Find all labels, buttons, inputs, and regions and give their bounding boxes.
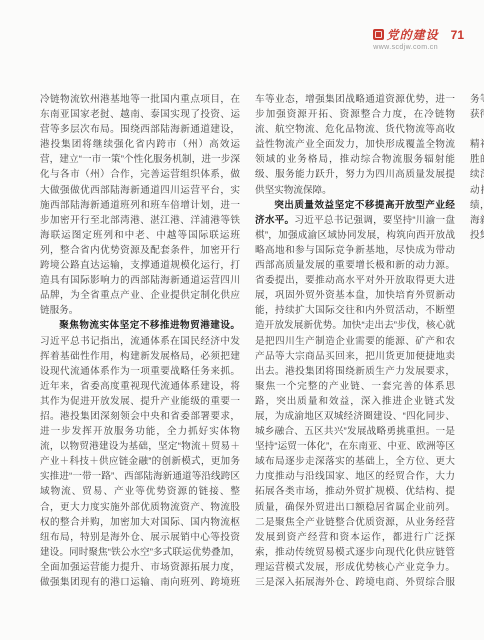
magazine-title: 党的建设	[387, 26, 439, 43]
page-number: 71	[451, 26, 464, 42]
paragraph-text: 冷链物流钦州港基地等一批国内重点项目，在东南亚国家老挝、越南、泰国实现了投资、运…	[40, 94, 240, 316]
paragraph-text: 习近平总书记的重要讲话和系列重要指示精神，是港投集团担好职责使命、实现开放制胜的…	[470, 124, 484, 241]
paragraph-closing: 习近平总书记的重要讲话和系列重要指示精神，是港投集团担好职责使命、实现开放制胜的…	[470, 122, 484, 243]
magazine-brand: 党的建设 www.scdjw.com.cn	[373, 26, 439, 51]
paragraph-continued: 冷链物流钦州港基地等一批国内重点项目，在东南亚国家老挝、越南、泰国实现了投资、运…	[40, 92, 240, 318]
article-body: 冷链物流钦州港基地等一批国内重点项目，在东南亚国家老挝、越南、泰国实现了投资、运…	[40, 92, 455, 592]
page-header: 党的建设 www.scdjw.com.cn 71	[373, 26, 464, 51]
magazine-website: www.scdjw.com.cn	[373, 44, 439, 51]
paragraph-lead: 聚焦物流实体坚定不移推进物贸港建设。	[59, 320, 240, 331]
magazine-logo: 党的建设	[373, 26, 439, 43]
magazine-page: 党的建设 www.scdjw.com.cn 71 冷链物流钦州港基地等一批国内重…	[0, 0, 484, 640]
magazine-seal-icon	[373, 29, 384, 40]
